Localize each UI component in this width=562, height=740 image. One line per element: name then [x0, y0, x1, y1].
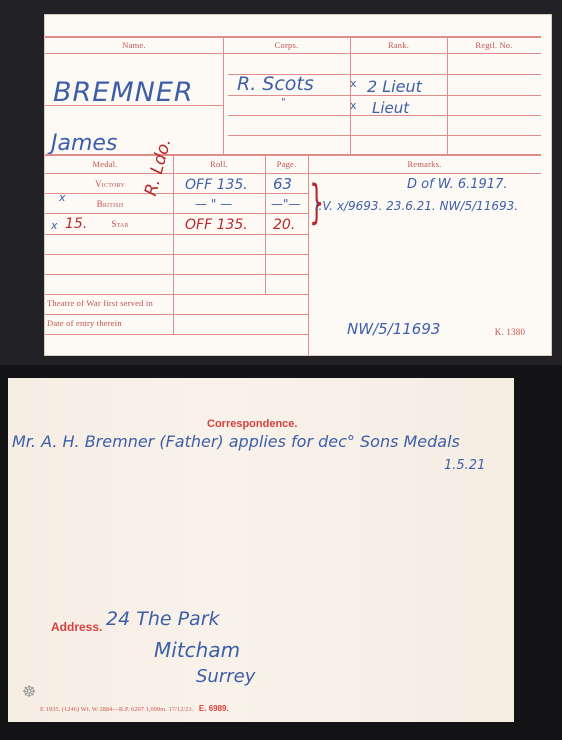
medal-mark: x — [59, 191, 66, 204]
theatre-label: Theatre of War first served in — [47, 298, 172, 308]
corps-value: R. Scots — [237, 73, 314, 95]
rule — [228, 135, 541, 136]
rank-value: 2 Lieut — [367, 77, 422, 96]
medal-page: —"— — [271, 197, 301, 211]
file-reference: NW/5/11693 — [347, 320, 440, 338]
rule — [45, 274, 308, 275]
correspondence-date: 1.5.21 — [444, 458, 485, 473]
remarks-header: Remarks. — [308, 159, 541, 169]
medal-roll: — " — — [195, 197, 232, 211]
rank-mark: x — [350, 99, 357, 112]
rule — [45, 294, 308, 295]
print-line: E 1935. (1246) Wt. W 2884—R.P. 6207 1,00… — [40, 704, 229, 713]
remarks-line-2: I.V. x/9693. 23.6.21. NW/5/11693. — [315, 199, 518, 213]
rule — [45, 314, 308, 315]
rule — [45, 234, 308, 235]
print-line-text: E 1935. (1246) Wt. W 2884—R.P. 6207 1,00… — [40, 706, 193, 713]
rule — [173, 154, 174, 334]
rule — [223, 36, 224, 154]
rule — [45, 193, 308, 194]
address-label: Address. — [51, 620, 102, 634]
corps-ditto: " — [281, 97, 286, 108]
medal-card-front: Name. Corps. Rank. Regtl. No. BREMNER Ja… — [45, 15, 551, 355]
medal-label: British — [75, 199, 145, 209]
name-header: Name. — [45, 40, 223, 50]
rank-value: Lieut — [372, 99, 409, 117]
correspondence-text: Mr. A. H. Bremner (Father) applies for d… — [12, 432, 460, 451]
medal-roll: OFF 135. — [185, 217, 248, 233]
medal-page: 20. — [273, 217, 295, 233]
rule — [265, 154, 266, 294]
surname: BREMNER — [53, 77, 194, 108]
medal-mark: x — [51, 219, 58, 232]
medal-card-back: Correspondence. Mr. A. H. Bremner (Fathe… — [8, 378, 514, 722]
print-code: E. 6989. — [199, 704, 229, 713]
address-line-1: 24 The Park — [106, 608, 220, 630]
roll-header: Roll. — [173, 159, 265, 169]
regtl-no-header: Regtl. No. — [447, 40, 541, 50]
medal-header: Medal. — [65, 159, 145, 169]
forename: James — [51, 131, 117, 156]
rule — [45, 334, 308, 335]
medal-page: 63 — [273, 175, 292, 193]
vertical-note: R. Ldo. — [141, 136, 176, 198]
corps-header: Corps. — [223, 40, 350, 50]
rank-mark: x — [350, 77, 357, 90]
rule — [45, 213, 308, 214]
rule — [45, 154, 541, 156]
medal-label: Star — [95, 219, 145, 229]
date-entry-label: Date of entry therein — [47, 318, 172, 328]
rule — [45, 36, 541, 38]
medal-prefix: 15. — [65, 216, 87, 232]
address-line-2: Mitcham — [154, 638, 240, 662]
stamp-mark-icon: ☸ — [22, 682, 36, 702]
address-line-3: Surrey — [196, 666, 255, 687]
rule — [45, 254, 308, 255]
rule — [45, 173, 541, 174]
correspondence-label: Correspondence. — [207, 418, 297, 430]
form-code: K. 1380 — [485, 327, 535, 337]
remarks-line-1: D of W. 6.1917. — [407, 177, 507, 192]
page-header: Page. — [265, 159, 308, 169]
rule — [45, 53, 541, 54]
medal-label: Victory — [75, 179, 145, 189]
medal-roll: OFF 135. — [185, 177, 248, 193]
rank-header: Rank. — [350, 40, 447, 50]
